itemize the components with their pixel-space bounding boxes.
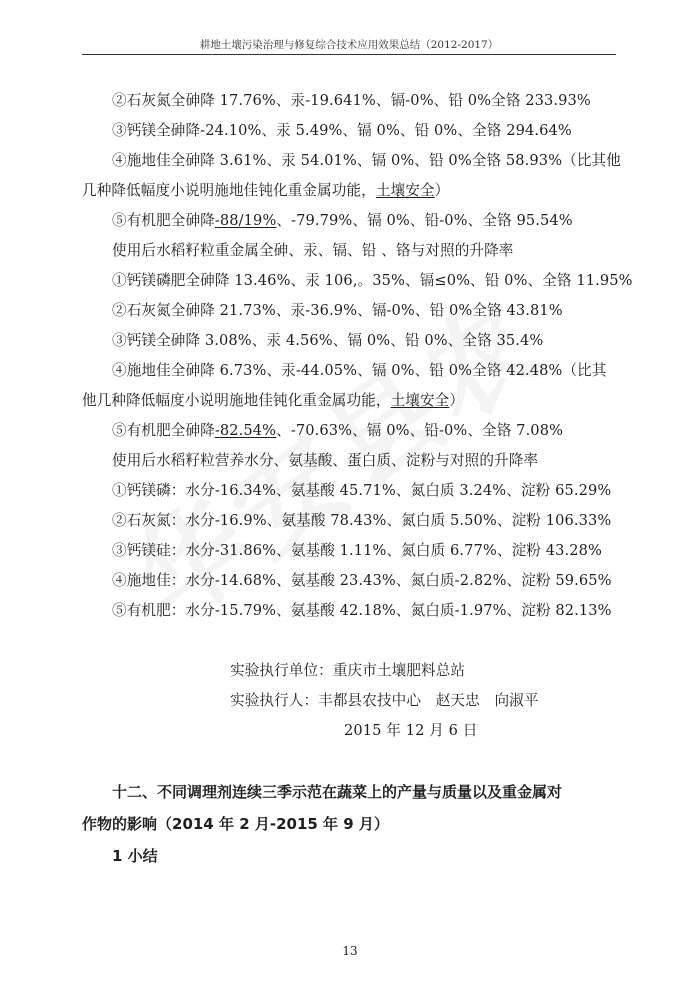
soil-item-4-cont-text: 几种降低幅度小说明施地佳钝化重金属功能， (82, 182, 376, 199)
grain-item-4-continued: 他几种降低幅度小说明施地佳钝化重金属功能，土壤安全） (82, 386, 618, 416)
soil-item-4-continued: 几种降低幅度小说明施地佳钝化重金属功能，土壤安全） (82, 176, 618, 206)
section-heading-line2: 作物的影响（2014 年 2 月-2015 年 9 月） (82, 808, 618, 840)
soil-safety-underlined: 土壤安全 (376, 182, 435, 199)
spacer (82, 626, 618, 656)
soil-item-4: ④施地佳全砷降 3.61%、汞 54.01%、镉 0%、铅 0%全铬 58.93… (82, 146, 618, 176)
grain-item-4: ④施地佳全砷降 6.73%、汞-44.05%、镉 0%、铅 0%全铬 42.48… (82, 356, 618, 386)
soil-item-3: ③钙镁全砷降-24.10%、汞 5.49%、镉 0%、铅 0%、全铬 294.6… (82, 116, 618, 146)
soil-item-4-cont-end: ） (435, 182, 450, 199)
soil-item-5-label: ⑤有机肥全砷降 (112, 212, 215, 229)
soil-item-2: ②石灰氮全砷降 17.76%、汞-19.641%、镉-0%、铅 0%全铬 233… (82, 86, 618, 116)
nutrient-item-4: ④施地佳：水分-14.68%、氨基酸 23.43%、氮白质-2.82%、淀粉 5… (82, 566, 618, 596)
signature-date: 2015 年 12 月 6 日 (82, 716, 618, 746)
page-body: ②石灰氮全砷降 17.76%、汞-19.641%、镉-0%、铅 0%全铬 233… (82, 86, 618, 872)
grain-item-5-rest: 、-70.63%、镉 0%、铅-0%、全铬 7.08% (276, 422, 563, 439)
nutrient-item-3: ③钙镁硅：水分-31.86%、氨基酸 1.11%、氮白质 6.77%、淀粉 43… (82, 536, 618, 566)
soil-item-5-arsenic-value: -88/19% (215, 212, 277, 229)
running-header: 耕地土壤污染治理与修复综合技术应用效果总结（2012-2017） (82, 38, 616, 55)
grain-item-1: ①钙镁磷肥全砷降 13.46%、汞 106,。35%、镉≤0%、铅 0%、全铬 … (82, 266, 618, 296)
soil-item-5-rest: 、-79.79%、镉 0%、铅-0%、全铬 95.54% (276, 212, 572, 229)
grain-item-2: ②石灰氮全砷降 21.73%、汞-36.9%、镉-0%、铅 0%全铬 43.81… (82, 296, 618, 326)
signature-unit: 实验执行单位：重庆市土壤肥料总站 (82, 656, 618, 686)
section-heading-line1: 十二、不同调理剂连续三季示范在蔬菜上的产量与质量以及重金属对 (82, 776, 618, 808)
nutrient-item-2: ②石灰氮：水分-16.9%、氨基酸 78.43%、氮白质 5.50%、淀粉 10… (82, 506, 618, 536)
grain-item-4-cont-end: ） (449, 392, 464, 409)
nutrient-item-1: ①钙镁磷：水分-16.34%、氨基酸 45.71%、氮白质 3.24%、淀粉 6… (82, 476, 618, 506)
nutrient-item-5: ⑤有机肥：水分-15.79%、氨基酸 42.18%、氮白质-1.97%、淀粉 8… (82, 596, 618, 626)
header-title: 耕地土壤污染治理与修复综合技术应用效果总结（2012-2017） (200, 39, 499, 51)
grain-item-5-arsenic-value: -82.54% (215, 422, 276, 439)
grain-nutrient-title: 使用后水稻籽粒营养水分、氨基酸、蛋白质、淀粉与对照的升降率 (82, 446, 618, 476)
grain-heavy-metal-title: 使用后水稻籽粒重金属全砷、汞、镉、铅 、铬与对照的升降率 (82, 236, 618, 266)
subheading-summary: 1 小结 (82, 840, 618, 872)
grain-safety-underlined: 土壤安全 (391, 392, 450, 409)
grain-item-3: ③钙镁全砷降 3.08%、汞 4.56%、镉 0%、铅 0%、全铬 35.4% (82, 326, 618, 356)
grain-item-4-cont-text: 他几种降低幅度小说明施地佳钝化重金属功能， (82, 392, 391, 409)
spacer (82, 746, 618, 776)
signature-executor: 实验执行人：丰都县农技中心 赵天忠 向淑平 (82, 686, 618, 716)
soil-item-5: ⑤有机肥全砷降-88/19%、-79.79%、镉 0%、铅-0%、全铬 95.5… (82, 206, 618, 236)
grain-item-5-label: ⑤有机肥全砷降 (112, 422, 215, 439)
page-number: 13 (0, 944, 700, 958)
grain-item-5: ⑤有机肥全砷降-82.54%、-70.63%、镉 0%、铅-0%、全铬 7.08… (82, 416, 618, 446)
